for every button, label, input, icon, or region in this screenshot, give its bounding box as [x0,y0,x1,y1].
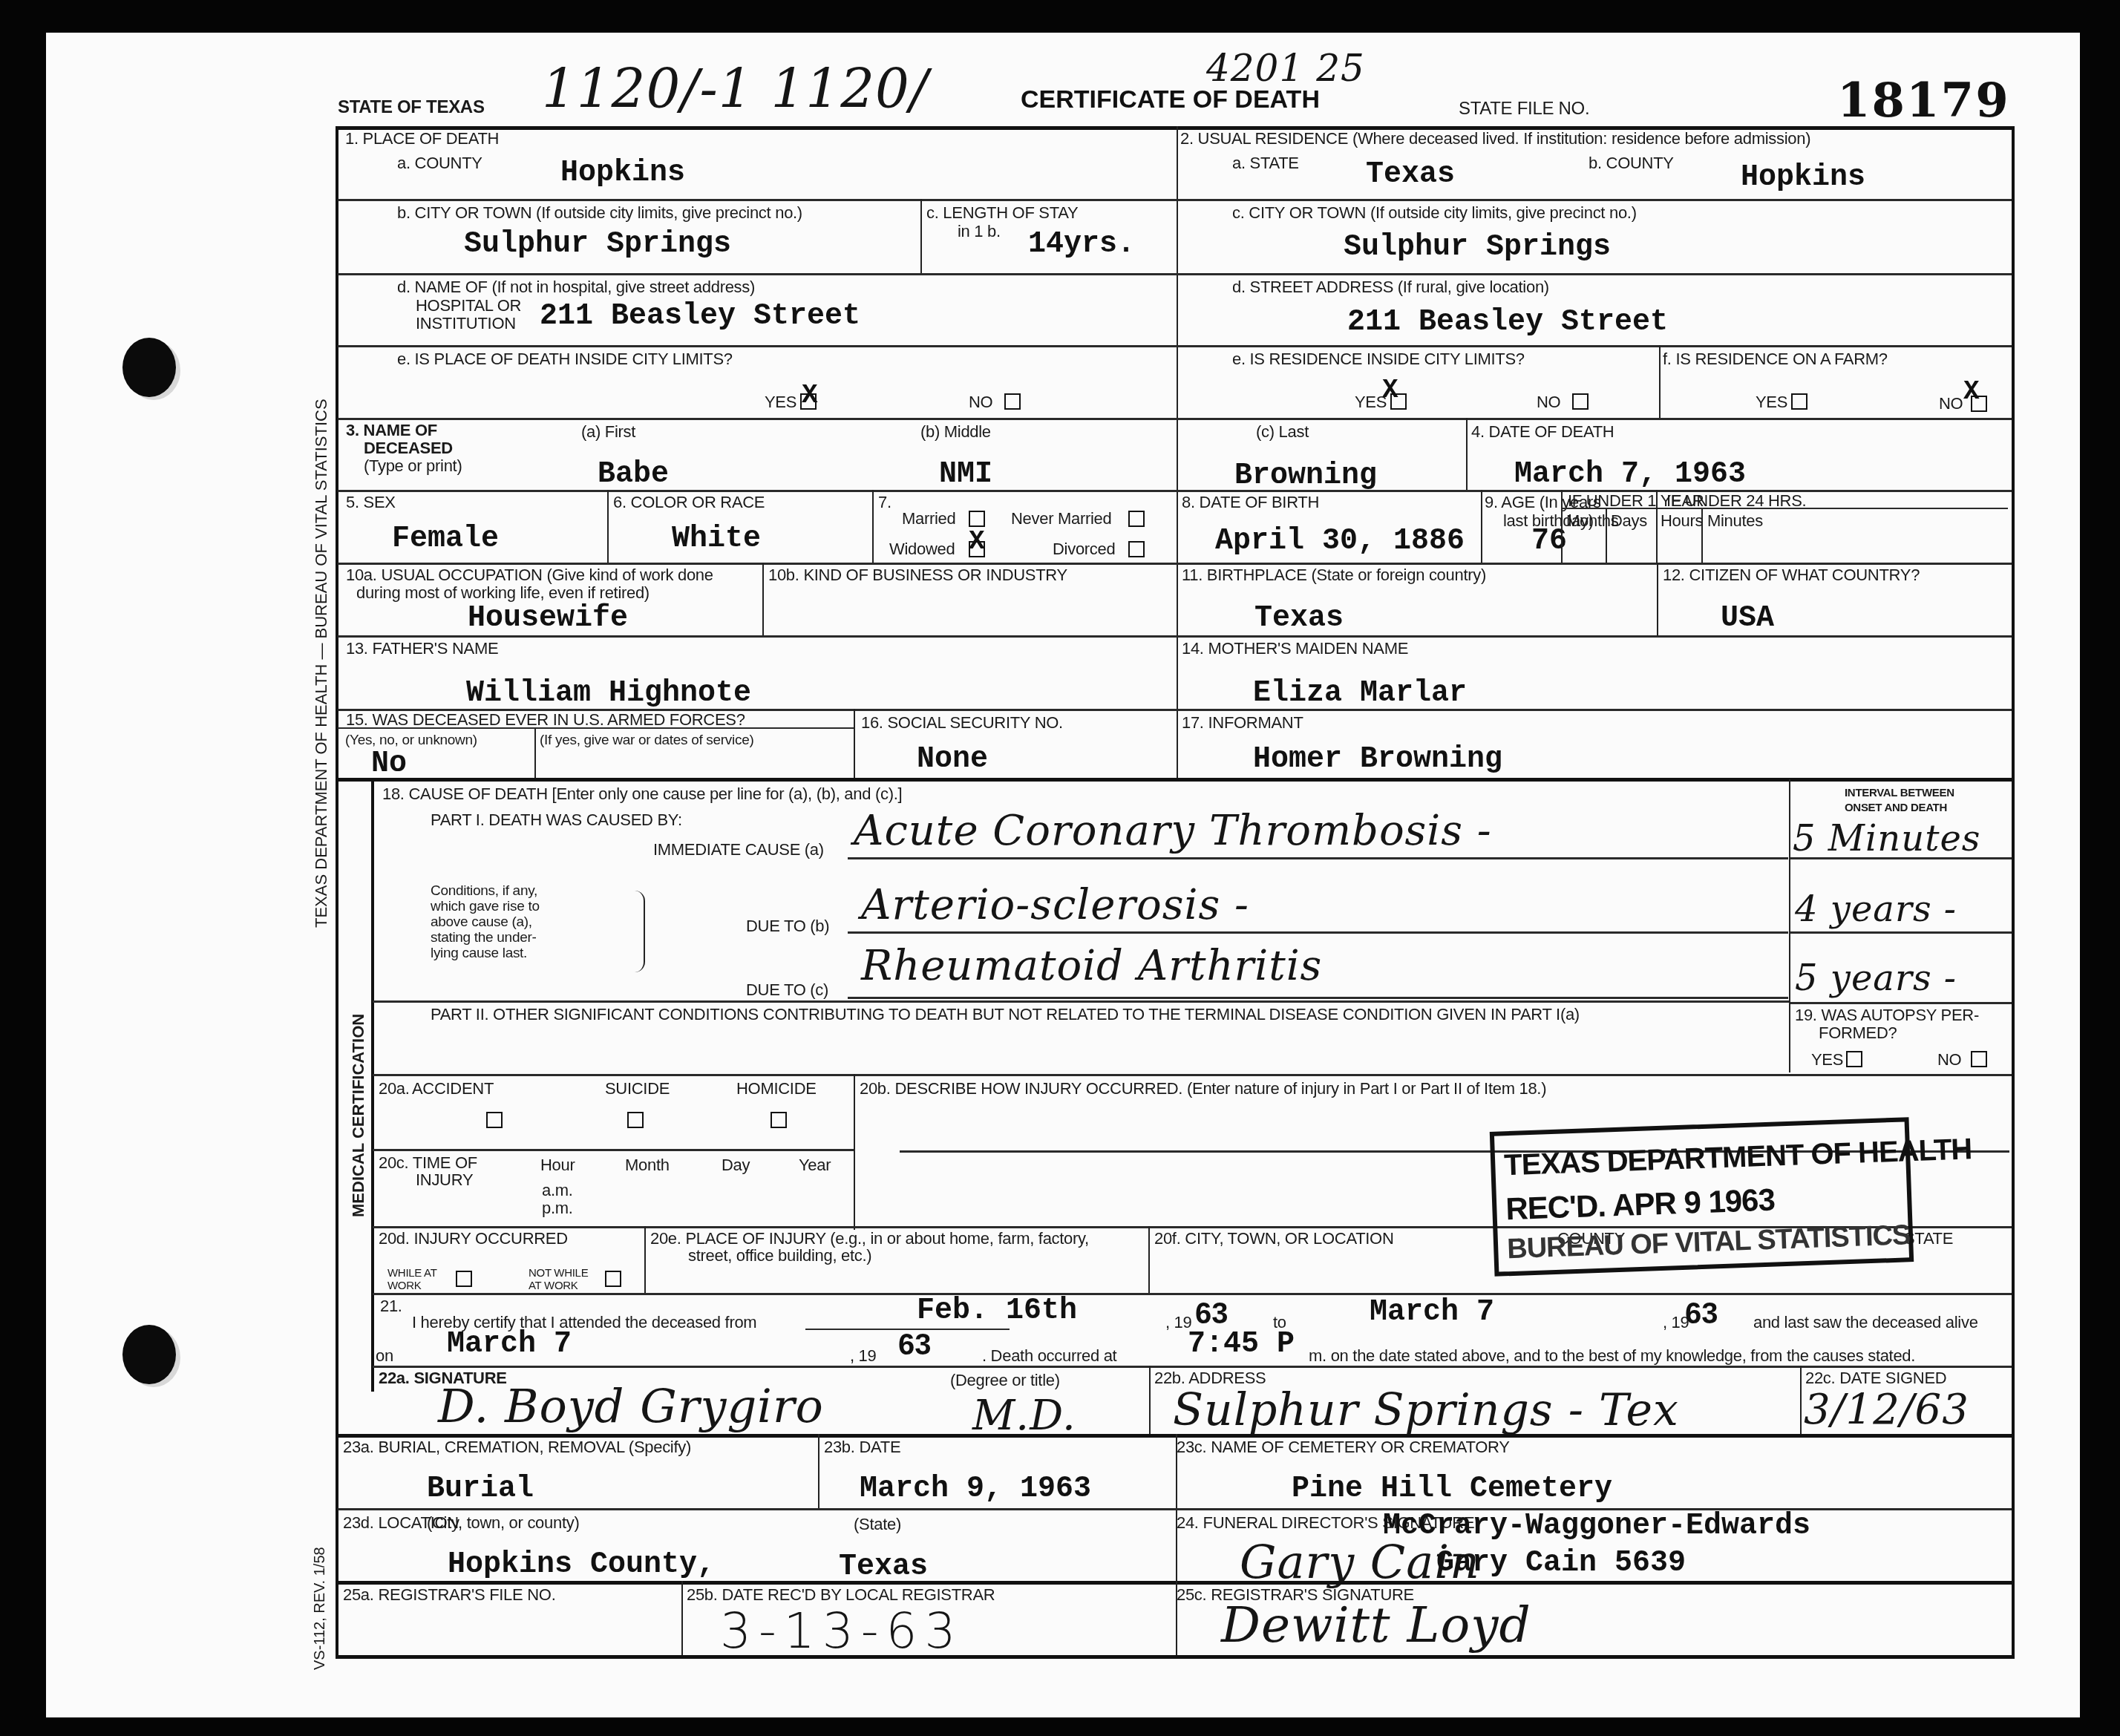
row-divider [373,1149,854,1151]
last-name: Browning [1234,460,1377,493]
location-state-label: (State) [854,1516,901,1533]
check-mark: X [1382,377,1398,404]
due-to-b-label: DUE TO (b) [746,917,829,935]
accident-label: ACCIDENT [412,1080,494,1098]
cell-divider [854,709,855,779]
residence-city-limits-label: e. IS RESIDENCE INSIDE CITY LIMITS? [1232,350,1525,368]
interval-b: 4 years - [1795,887,1957,931]
burial-location-state: Texas [839,1551,928,1584]
length-of-stay: 14yrs. [1028,229,1135,261]
day-label: Day [722,1156,750,1174]
cell-divider [1481,490,1482,564]
pm-label: p.m. [542,1199,573,1217]
am-label: a.m. [542,1182,573,1199]
cause-label: 18. CAUSE OF DEATH [Enter only one cause… [382,785,902,803]
homicide-checkbox[interactable] [771,1112,787,1128]
divorced-checkbox[interactable] [1128,541,1145,557]
row-divider [338,199,2012,201]
residence-street: 211 Beasley Street [1347,307,1668,339]
punch-hole [122,338,176,397]
mother-label: 14. MOTHER'S MAIDEN NAME [1182,640,1408,658]
street-address-label: d. STREET ADDRESS (If rural, give locati… [1232,278,1549,296]
accident-checkbox[interactable] [486,1112,503,1128]
item-20a-label: 20a. [379,1080,410,1098]
residence-county-label: b. COUNTY [1589,154,1674,172]
place-of-death-label: 1. PLACE OF DEATH [345,130,499,148]
residence-county: Hopkins [1741,162,1865,194]
row-divider [373,1074,2012,1076]
row-divider [373,1366,2012,1368]
stay-sub-label: in 1 b. [958,223,1001,240]
residence-city-label: c. CITY OR TOWN (If outside city limits,… [1232,204,1637,222]
year-label: Year [799,1156,831,1174]
cell-divider [762,563,764,635]
handwritten-number-left: 1120/-1 1120/ [542,67,929,111]
physician-signature: D. Boyd Grygiro [438,1384,824,1429]
residence-city-limits-no-checkbox[interactable] [1572,393,1589,410]
cell-divider [818,1434,819,1508]
stamp-line-3: BUREAU OF VITAL STATISTICS [1507,1219,1911,1265]
interval-a: 5 Minutes [1793,816,1980,861]
sex: Female [392,523,499,556]
time-of-injury-label: 20c. TIME OF [379,1154,477,1172]
city-label: b. CITY OR TOWN (If outside city limits,… [397,204,802,222]
physician-degree: M.D. [972,1394,1076,1438]
attended-to-date: March 7 [1370,1297,1494,1329]
farm-yes-checkbox[interactable] [1791,393,1807,410]
stay-divider [920,199,922,273]
hour-label: Hour [540,1156,575,1174]
burial-location-city: Hopkins County, [448,1549,715,1582]
cemetery-label: 23c. NAME OF CEMETERY OR CREMATORY [1177,1438,1510,1456]
cell-divider [1701,509,1703,564]
work-label: WORK [387,1278,421,1294]
name-label: 3. NAME OF [346,422,437,439]
usual-residence-label: 2. USUAL RESIDENCE (Where deceased lived… [1180,130,1810,148]
occupation-label: 10a. USUAL OCCUPATION (Give kind of work… [346,566,713,584]
yes-label: YES [1811,1051,1843,1069]
father-name: William Highnote [466,678,751,710]
note-line: stating the under- [431,930,540,946]
no-label: NO [1937,1051,1961,1069]
item-21-label: 21. [380,1297,402,1315]
note-line: lying cause last. [431,946,540,961]
row-divider [338,418,2012,420]
cell-divider [607,490,609,564]
disposition-label: 23a. BURIAL, CREMATION, REMOVAL (Specify… [343,1438,691,1456]
no-label: NO [1537,393,1560,411]
cell-divider [644,1226,646,1293]
form-number: VS-112, REV. 1/58 [312,1547,329,1670]
section-divider [338,1581,2012,1585]
hospital-label: d. NAME OF (If not in hospital, give str… [397,278,755,296]
cell-divider [681,1581,683,1655]
deceased-label: DECEASED [364,439,453,457]
cause-line [848,857,1788,859]
stamp-line-1: TEXAS DEPARTMENT OF HEALTH [1504,1133,1972,1182]
never-married-label: Never Married [1011,510,1111,528]
place-sub-label: street, office building, etc.) [688,1247,871,1265]
no-label: NO [1939,395,1963,413]
suicide-label: SUICIDE [605,1080,670,1098]
due-to-c-label: DUE TO (c) [746,981,828,999]
conditions-note: Conditions, if any, which gave rise to a… [431,883,540,961]
cell-divider [1606,509,1607,564]
informant-label: 17. INFORMANT [1182,714,1303,732]
at-work-label: AT WORK [529,1278,578,1294]
business-label: 10b. KIND OF BUSINESS OR INDUSTRY [768,566,1067,584]
minutes-label: Minutes [1707,512,1763,530]
date-of-death-label: 4. DATE OF DEATH [1471,423,1614,441]
middle-name: NMI [939,459,992,491]
homicide-label: HOMICIDE [736,1080,817,1098]
autopsy-sub-label: FORMED? [1819,1024,1897,1042]
note-line: above cause (a), [431,914,540,930]
never-married-checkbox[interactable] [1128,511,1145,527]
row-divider [338,273,2012,275]
farm-divider [1659,345,1661,419]
ssn-label: 16. SOCIAL SECURITY NO. [861,714,1063,732]
immediate-cause-label: IMMEDIATE CAUSE (a) [653,841,824,859]
last-name-label: (c) Last [1256,423,1309,441]
stamp-line-2: REC'D. APR 9 1963 [1505,1182,1776,1228]
cell-divider [534,729,536,779]
due-to-c: Rheumatoid Arthritis [861,944,1322,989]
death-county: Hopkins [560,157,685,190]
on-label: on [376,1347,393,1365]
autopsy-label: 19. WAS AUTOPSY PER- [1795,1006,1979,1024]
disposition: Burial [427,1473,534,1506]
check-mark: X [802,382,818,409]
married-checkbox[interactable] [969,511,985,527]
registrar-date-label: 25b. DATE REC'D BY LOCAL REGISTRAR [687,1586,995,1604]
frame-right [2012,126,2015,1657]
state-file-label: STATE FILE NO. [1459,100,1589,118]
medical-inner-border [371,779,374,1392]
cell-divider [1800,1366,1802,1434]
type-or-print-label: (Type or print) [364,457,462,475]
injury-sub-label: INJURY [416,1171,473,1189]
row-divider [338,563,2012,565]
cause-line [1790,857,2012,859]
hospital-institution: 211 Beasley Street [540,301,860,333]
registrar-signature: Dewitt Loyd [1221,1603,1531,1648]
frame-left [336,126,338,1657]
frame-bottom [336,1655,2015,1659]
stay-label: c. LENGTH OF STAY [926,204,1078,222]
subheader-divider [1563,508,2008,509]
sex-label: 5. SEX [346,494,396,511]
first-name-label: (a) First [581,423,635,441]
race: White [672,523,761,556]
brace [635,891,645,972]
no-label: NO [969,393,992,411]
certificate-paper [46,33,2080,1717]
interval-sub-label: ONSET AND DEATH [1845,800,1947,816]
not-while-at-work-checkbox[interactable] [605,1271,621,1287]
autopsy-yes-checkbox[interactable] [1846,1051,1862,1067]
due-to-b: Arterio-sclerosis - [861,883,1249,928]
cell-divider [1561,490,1563,564]
registrar-file-label: 25a. REGISTRAR'S FILE NO. [343,1586,555,1604]
autopsy-no-checkbox[interactable] [1971,1051,1987,1067]
occupation: Housewife [468,603,628,635]
middle-name-label: (b) Middle [920,423,991,441]
mother-maiden-name: Eliza Marlar [1253,678,1467,710]
cell-divider [1148,1226,1150,1293]
describe-injury-label: 20b. DESCRIBE HOW INJURY OCCURRED. (Ente… [860,1080,1546,1098]
part1-label: PART I. DEATH WAS CAUSED BY: [431,811,682,829]
section-divider [338,778,2012,782]
medical-certification-label: MEDICAL CERTIFICATION [349,1014,368,1217]
part2-label: PART II. OTHER SIGNIFICANT CONDITIONS CO… [431,1006,1580,1023]
center-divider [1177,126,1178,779]
bureau-vertical-label: TEXAS DEPARTMENT OF HEALTH — BUREAU OF V… [312,399,331,928]
cause-line [848,931,1788,934]
cell-divider [1656,490,1658,564]
state-label: STATE OF TEXAS [338,99,485,117]
month-label: Month [625,1156,670,1174]
immediate-cause: Acute Coronary Thrombosis - [854,809,1492,854]
last-seen-year: 63 [898,1329,932,1361]
divorced-label: Divorced [1053,540,1115,558]
social-security-number: None [917,744,988,776]
death-time: 7:45 P [1188,1329,1295,1361]
hours-label: Hours [1661,512,1703,530]
date-signed-label: 22c. DATE SIGNED [1805,1369,1946,1387]
attended-from-year: 63 [1195,1297,1229,1330]
injury-occurred-label: 20d. INJURY OCCURRED [379,1230,568,1248]
date-of-birth: April 30, 1886 [1215,525,1465,558]
cell-divider [1657,563,1658,635]
location-city-label: (City, town, or county) [427,1514,579,1532]
interval-label: INTERVAL BETWEEN [1845,785,1954,801]
row-divider [338,635,2012,638]
last-saw-text: and last saw the deceased alive [1753,1314,1978,1332]
attended-to-year: 63 [1685,1297,1718,1330]
state-file-number: 18179 [1837,73,2010,128]
note-line: Conditions, if any, [431,883,540,899]
check-mark: X [969,528,985,555]
yes-label: YES [765,393,796,411]
citizenship: USA [1721,603,1774,635]
birthplace-label: 11. BIRTHPLACE (State or foreign country… [1182,566,1486,584]
statement-text: m. on the date stated above, and to the … [1309,1347,1915,1365]
cemetery: Pine Hill Cemetery [1292,1473,1612,1506]
row-divider [338,345,2012,347]
citizen-label: 12. CITIZEN OF WHAT COUNTRY? [1663,566,1920,584]
funeral-director: Gary Cain 5639 [1436,1547,1686,1580]
received-stamp: TEXAS DEPARTMENT OF HEALTH REC'D. APR 9 … [1490,1117,1914,1277]
place-of-injury-label: 20e. PLACE OF INJURY (e.g., in or about … [650,1230,1089,1248]
days-label: Days [1611,512,1647,530]
burial-date-label: 23b. DATE [824,1438,900,1456]
cause-line [1790,1002,2012,1004]
yes-label: YES [1756,393,1787,411]
institution-sub-label: INSTITUTION [416,315,516,333]
informant: Homer Browning [1253,744,1502,776]
marital-label: 7. [878,494,891,511]
death-occurred-label: . Death occurred at [982,1347,1116,1365]
row-divider [373,1293,2012,1295]
cell-divider [854,1074,855,1230]
punch-hole [122,1325,176,1384]
service-dates-label: (If yes, give war or dates of service) [540,733,753,748]
subheader-divider [338,727,855,729]
death-city: Sulphur Springs [464,229,731,261]
last-seen-date: March 7 [447,1329,572,1361]
inside-city-limits-label: e. IS PLACE OF DEATH INSIDE CITY LIMITS? [397,350,733,368]
widowed-label: Widowed [889,540,955,558]
dod-divider [1466,418,1468,492]
degree-label: (Degree or title) [950,1372,1060,1389]
dob-label: 8. DATE OF BIRTH [1182,494,1319,511]
cause-line [848,997,1788,999]
father-label: 13. FATHER'S NAME [346,640,498,658]
race-label: 6. COLOR OR RACE [613,494,765,511]
burial-date: March 9, 1963 [860,1473,1091,1506]
physician-address: Sulphur Springs - Tex [1173,1388,1679,1432]
interval-divider [1789,779,1790,1072]
armed-forces: No [371,748,407,781]
farm-label: f. IS RESIDENCE ON A FARM? [1663,350,1888,368]
residence-city: Sulphur Springs [1344,232,1611,264]
interval-c: 5 years - [1795,956,1957,1000]
date-of-death: March 7, 1963 [1514,459,1746,491]
while-at-work-checkbox[interactable] [456,1271,472,1287]
injury-city-label: 20f. CITY, TOWN, OR LOCATION [1154,1230,1393,1248]
handwritten-number-right: 4201 25 [1206,46,1365,91]
county-label: a. COUNTY [397,154,482,172]
first-name: Babe [598,459,669,491]
cell-divider [1149,1366,1151,1434]
armed-sub-label: (Yes, no, or unknown) [345,733,477,748]
attended-from-date: Feb. 16th [917,1295,1077,1328]
hospital-sub-label: HOSPITAL OR [416,297,521,315]
year-prefix: , 19 [850,1347,877,1365]
death-city-limits-no-checkbox[interactable] [1004,393,1021,410]
date-signed: 3/12/63 [1804,1388,1969,1432]
occupation-sub-label: during most of working life, even if ret… [356,584,650,602]
birthplace: Texas [1254,603,1344,635]
note-line: which gave rise to [431,899,540,914]
check-mark: X [1963,379,1980,405]
residence-state: Texas [1366,159,1455,191]
married-label: Married [902,510,955,528]
registrar-date: 3-13-63 [720,1609,964,1654]
suicide-checkbox[interactable] [627,1112,644,1128]
armed-forces-label: 15. WAS DECEASED EVER IN U.S. ARMED FORC… [346,711,745,729]
cell-divider [872,490,874,564]
cause-line [1790,931,2012,934]
row-divider [373,1000,1789,1003]
residence-state-label: a. STATE [1232,154,1299,172]
